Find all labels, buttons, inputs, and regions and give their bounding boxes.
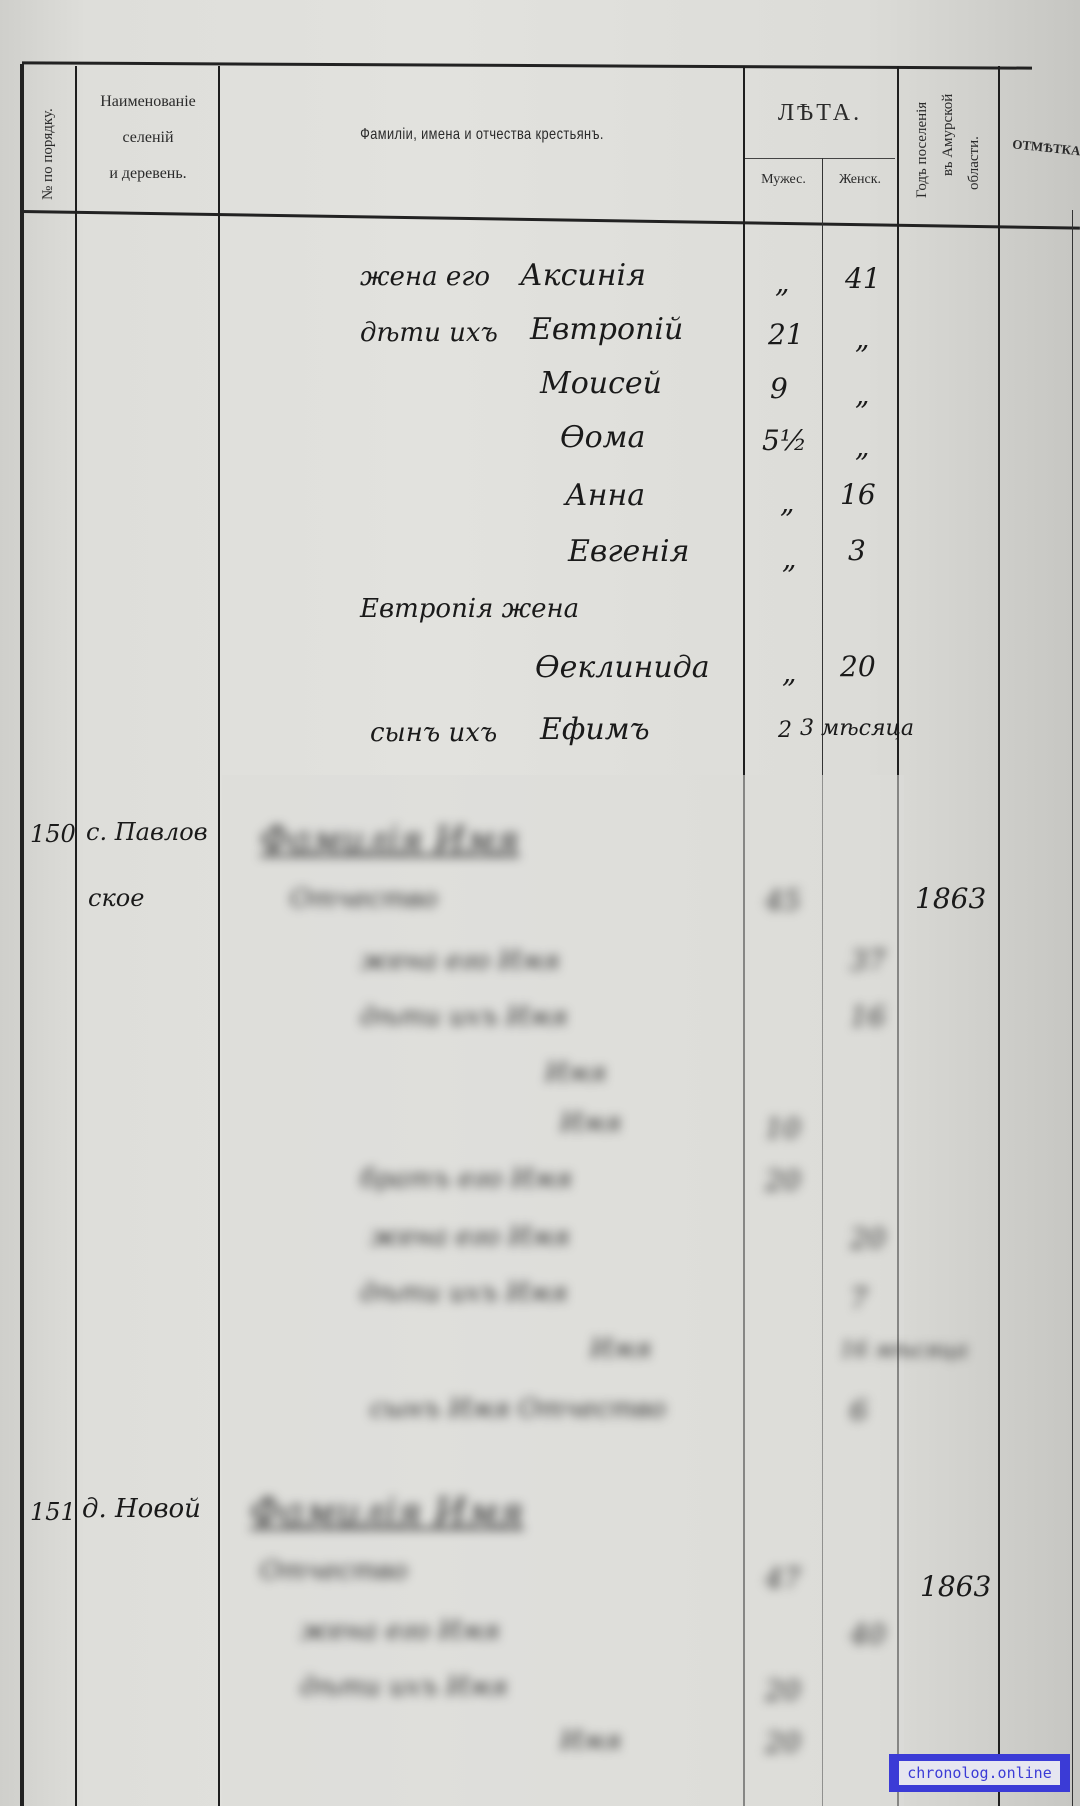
entry-male-age: „ bbox=[782, 656, 797, 689]
entry-female-age: „ bbox=[855, 378, 870, 411]
blurred-surname: Фамилія Имя bbox=[250, 1490, 524, 1534]
entry-name: Анна bbox=[565, 478, 645, 513]
watermark-badge: chronolog.online bbox=[889, 1754, 1070, 1792]
age-subheader-divider bbox=[745, 158, 895, 159]
column-border-year bbox=[998, 66, 1000, 1806]
entry-number: 150 bbox=[30, 820, 76, 848]
column-border-left bbox=[20, 64, 24, 1806]
blurred-surname: Фамилія Имя bbox=[260, 820, 519, 861]
ledger-page: № по порядку. Наименованіе селеній и дер… bbox=[0, 0, 1080, 1806]
settlement-name: с. Павлов bbox=[86, 818, 208, 846]
header-age-male: Мужес. bbox=[745, 172, 822, 188]
entry-male-age: 9 bbox=[770, 372, 788, 405]
column-border-settlement bbox=[218, 66, 220, 1806]
entry-name: Евгенія bbox=[568, 534, 690, 569]
entry-male-age: 21 bbox=[768, 318, 804, 351]
header-age: ЛѢТА. bbox=[745, 100, 895, 127]
header-bottom-border bbox=[22, 210, 1080, 230]
table-top-border bbox=[22, 61, 1032, 69]
entry-number: 151 bbox=[30, 1498, 76, 1526]
entry-male-age: „ bbox=[775, 266, 790, 299]
header-age-female: Женск. bbox=[823, 172, 897, 188]
entry-relation: дѣти ихъ bbox=[360, 318, 498, 348]
column-border-number bbox=[75, 66, 77, 1806]
settlement-name-cont: ское bbox=[88, 884, 144, 912]
entry-relation: Евтропія жена bbox=[360, 594, 579, 624]
column-border-remark bbox=[1072, 210, 1073, 1806]
entry-female-age: 16 bbox=[840, 478, 876, 511]
entry-female-age: „ bbox=[855, 322, 870, 355]
header-names: Фамиліи, имена и отчества крестьянъ. bbox=[274, 126, 690, 144]
entry-male-age: „ bbox=[780, 486, 795, 519]
entry-relation: жена его bbox=[360, 262, 490, 292]
header-settlement: Наименованіе селеній и деревень. bbox=[78, 84, 218, 192]
entry-name: Аксинія bbox=[520, 258, 646, 293]
entry-name: Моисей bbox=[540, 366, 662, 401]
entry-male-age: 5½ bbox=[762, 424, 807, 457]
entry-name: Евтропій bbox=[530, 312, 683, 347]
entry-name: Өеклинида bbox=[535, 650, 710, 685]
entry-female-age: 41 bbox=[845, 262, 881, 295]
entry-male-age: „ bbox=[782, 542, 797, 575]
settlement-name: д. Новой bbox=[82, 1494, 201, 1524]
entry-female-age: „ bbox=[855, 430, 870, 463]
entry-female-age: 20 bbox=[840, 650, 876, 683]
header-remark: ОТМѢТКА. bbox=[1007, 136, 1080, 160]
header-number: № по порядку. bbox=[40, 108, 57, 200]
entry-relation: сынъ ихъ bbox=[370, 718, 497, 748]
settlement-year: 1863 bbox=[915, 882, 986, 915]
entry-name: Ефимъ bbox=[540, 712, 650, 747]
entry-female-age: 3 bbox=[848, 534, 866, 567]
entry-female-age: 3 мѣсяца bbox=[800, 716, 914, 741]
entry-male-age: 2 bbox=[778, 718, 792, 743]
watermark-text: chronolog.online bbox=[899, 1761, 1060, 1785]
settlement-year: 1863 bbox=[920, 1570, 991, 1603]
entry-name: Өома bbox=[560, 420, 645, 455]
